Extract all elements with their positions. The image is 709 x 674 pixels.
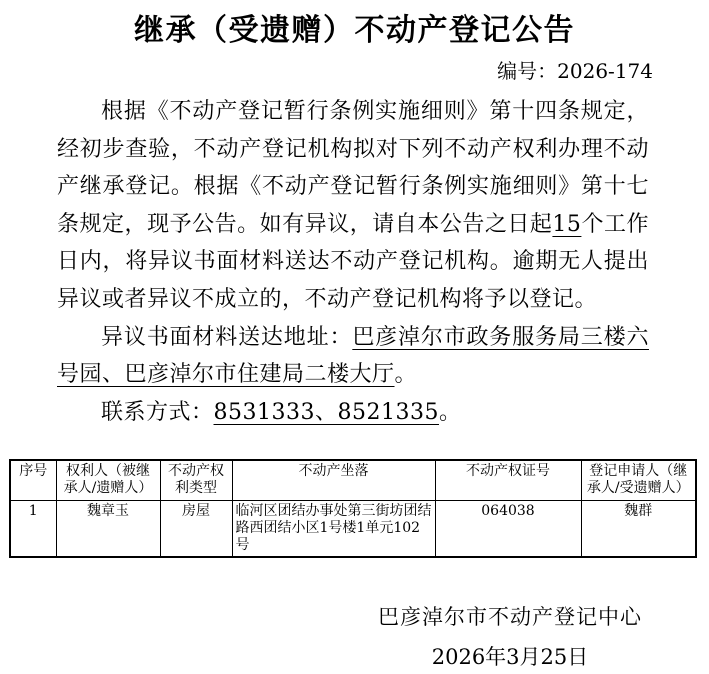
col-header-seq: 序号: [10, 460, 56, 500]
cell-right-type: 房屋: [160, 500, 232, 557]
col-header-cert-no: 不动产权证号: [435, 460, 581, 500]
contact-label: 联系方式：: [101, 400, 214, 425]
cell-seq: 1: [10, 500, 56, 557]
col-header-location: 不动产坐落: [232, 460, 435, 500]
page-title: 继承（受遗赠）不动产登记公告: [0, 13, 709, 49]
paragraph-delivery-address: 异议书面材料送达地址：巴彦淖尔市政务服务局三楼六号园、巴彦淖尔市住建局二楼大厅。: [57, 319, 649, 394]
table-row: 1 魏章玉 房屋 临河区团结办事处第三街坊团结路西团结小区1号楼1单元102号 …: [10, 500, 696, 557]
doc-number-value: 2026-174: [557, 59, 653, 83]
doc-number-line: 编号：2026-174: [0, 57, 709, 85]
paragraph-main: 根据《不动产登记暂行条例实施细则》第十四条规定，经初步查验，不动产登记机构拟对下…: [57, 93, 649, 319]
table-header-row: 序号 权利人（被继承人/遗赠人） 不动产权利类型 不动产坐落 不动产权证号 登记…: [10, 460, 696, 500]
registration-table: 序号 权利人（被继承人/遗赠人） 不动产权利类型 不动产坐落 不动产权证号 登记…: [9, 459, 697, 558]
issue-date: 2026年3月25日: [310, 644, 709, 671]
cell-applicant: 魏群: [581, 500, 696, 557]
announcement-document: 继承（受遗赠）不动产登记公告 编号：2026-174 根据《不动产登记暂行条例实…: [0, 0, 709, 674]
delivery-address-label: 异议书面材料送达地址：: [101, 325, 352, 350]
delivery-address-period: 。: [395, 362, 418, 387]
doc-number-label: 编号：: [497, 59, 557, 83]
cell-cert-no: 064038: [435, 500, 581, 557]
paragraph-contact: 联系方式：8531333、8521335。: [57, 394, 649, 432]
issuing-org: 巴彦淖尔市不动产登记中心: [310, 604, 709, 631]
contact-period: 。: [439, 400, 462, 425]
contact-phones-value: 8531333、8521335: [214, 400, 439, 425]
cell-holder: 魏章玉: [56, 500, 160, 557]
col-header-holder: 权利人（被继承人/遗赠人）: [56, 460, 160, 500]
objection-days-value: 15: [552, 212, 581, 237]
cell-location: 临河区团结办事处第三街坊团结路西团结小区1号楼1单元102号: [232, 500, 435, 557]
announcement-body: 根据《不动产登记暂行条例实施细则》第十四条规定，经初步查验，不动产登记机构拟对下…: [57, 93, 649, 431]
col-header-right-type: 不动产权利类型: [160, 460, 232, 500]
signature-block: 巴彦淖尔市不动产登记中心 2026年3月25日: [310, 604, 709, 671]
col-header-applicant: 登记申请人（继承人/受遗赠人）: [581, 460, 696, 500]
